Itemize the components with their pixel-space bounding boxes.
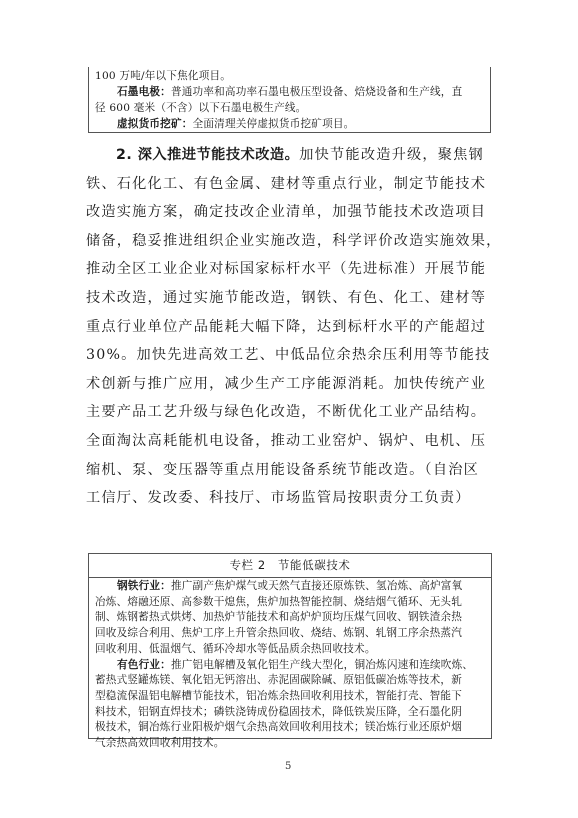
keyword-nonferrous-industry: 有色行业： [117,659,171,671]
paragraph-line: 全面淘汰高耗能机电设备，推动工业窑炉、锅炉、电机、压 [86,427,498,456]
box-line-text: 100 万吨/年以下焦化项目。 [95,70,231,82]
box-line-text: 径 600 毫米（不含）以下石墨电极生产线。 [95,102,306,114]
box-line-text: 推广副产焦炉煤气或天然气直接还原炼铁、氢冶炼、高炉富氧 [171,580,462,592]
box-line: 回收及综合利用、焦炉工序上升管余热回收、烧结、炼钢、轧钢工序余热蒸汽 [95,626,487,642]
paragraph-line: 储备，稳妥推进组织企业实施改造，科学评价改造实施效果， [86,227,498,256]
box-line: 回收利用、低温烟气、循环冷却水等低品质余热回收技术。 [95,642,487,658]
paragraph-line: 改造实施方案，确定技改企业清单，加强节能技术改造项目 [86,198,498,227]
paragraph-line: 重点行业单位产品能耗大幅下降，达到标杆水平的产能超过 [86,313,498,342]
steel-industry-line: 钢铁行业：推广副产焦炉煤气或天然气直接还原炼铁、氢冶炼、高炉富氧 [95,579,487,595]
box-line: 冶炼、熔融还原、高参数干熄焦，焦炉加热智能控制、烧结烟气循环、无头轧 [95,595,487,611]
box-line-text: 推广铝电解槽及氧化铝生产线大型化，铜冶炼闪速和连续吹炼、 [171,659,473,671]
paragraph-line: 30%。加快先进高效工艺、中低品位余热余压利用等节能技 [86,341,498,370]
box-line: 径 600 毫米（不含）以下石墨电极生产线。 [95,100,486,116]
section-heading: 2. 深入推进节能技术改造。 [116,147,299,163]
box-line: 100 万吨/年以下焦化项目。 [95,68,486,84]
box-line: 型稳流保温铝电解槽节能技术，铝冶炼余热回收利用技术，智能打壳、智能下 [95,689,487,705]
paragraph-line: 术创新与推广应用，减少生产工序能源消耗。加快传统产业 [86,370,498,399]
box-line-text: 全面清理关停虚拟货币挖矿项目。 [193,118,355,130]
box-line: 蓄热式竖罐炼镁、氧化铝无钙溶出、赤泥固碳除碱、原铝低碳冶炼等技术，新 [95,673,487,689]
paragraph-text: 加快节能改造升级，聚焦钢 [299,147,484,163]
box-line-crypto-mining: 虚拟货币挖矿：全面清理关停虚拟货币挖矿项目。 [95,116,486,132]
box-line: 气余热高效回收利用技术。 [95,736,487,752]
nonferrous-industry-line: 有色行业：推广铝电解槽及氧化铝生产线大型化，铜冶炼闪速和连续吹炼、 [95,658,487,674]
document-page: 100 万吨/年以下焦化项目。 石墨电极：普通功率和高功率石墨电极压型设备、焙烧… [0,0,578,818]
box-line: 制、炼钢蓄热式烘烤、加热炉节能技术和高炉炉顶均压煤气回收、钢铁渣余热 [95,610,487,626]
box-line-text: 普通功率和高功率石墨电极压型设备、焙烧设备和生产线，直 [171,86,462,98]
column-box-title: 专栏 2 节能低碳技术 [89,554,491,578]
column-box-energy-saving-tech: 专栏 2 节能低碳技术 钢铁行业：推广副产焦炉煤气或天然气直接还原炼铁、氢冶炼、… [88,553,492,739]
continued-column-box: 100 万吨/年以下焦化项目。 石墨电极：普通功率和高功率石墨电极压型设备、焙烧… [88,67,491,133]
page-number: 5 [285,761,291,772]
paragraph-line: 2. 深入推进节能技术改造。加快节能改造升级，聚焦钢 [86,141,498,170]
paragraph-line: 主要产品工艺升级与绿色化改造，不断优化工业产品结构。 [86,398,498,427]
box-line: 极技术，铜冶炼行业阳极炉烟气余热高效回收利用技术；镁冶炼行业还原炉烟 [95,720,487,736]
keyword-crypto-mining: 虚拟货币挖矿： [117,118,193,130]
paragraph-line: 工信厅、发改委、科技厅、市场监管局按职责分工负责） [86,484,498,513]
box-line-graphite: 石墨电极：普通功率和高功率石墨电极压型设备、焙烧设备和生产线，直 [95,84,486,100]
section-paragraph: 2. 深入推进节能技术改造。加快节能改造升级，聚焦钢 铁、石化化工、有色金属、建… [86,141,498,513]
keyword-steel-industry: 钢铁行业： [117,580,171,592]
paragraph-line: 铁、石化化工、有色金属、建材等重点行业，制定节能技术 [86,170,498,199]
keyword-graphite-electrode: 石墨电极： [117,86,171,98]
column-box-body: 钢铁行业：推广副产焦炉煤气或天然气直接还原炼铁、氢冶炼、高炉富氧 冶炼、熔融还原… [89,578,491,752]
box-line: 料技术，铝钢直焊技术；磷铁浇铸成份稳固技术，降低铁炭压降，全石墨化阴 [95,705,487,721]
paragraph-line: 技术改造，通过实施节能改造，钢铁、有色、化工、建材等 [86,284,498,313]
paragraph-line: 推动全区工业企业对标国家标杆水平（先进标准）开展节能 [86,255,498,284]
paragraph-line: 缩机、泵、变压器等重点用能设备系统节能改造。（自治区 [86,456,498,485]
